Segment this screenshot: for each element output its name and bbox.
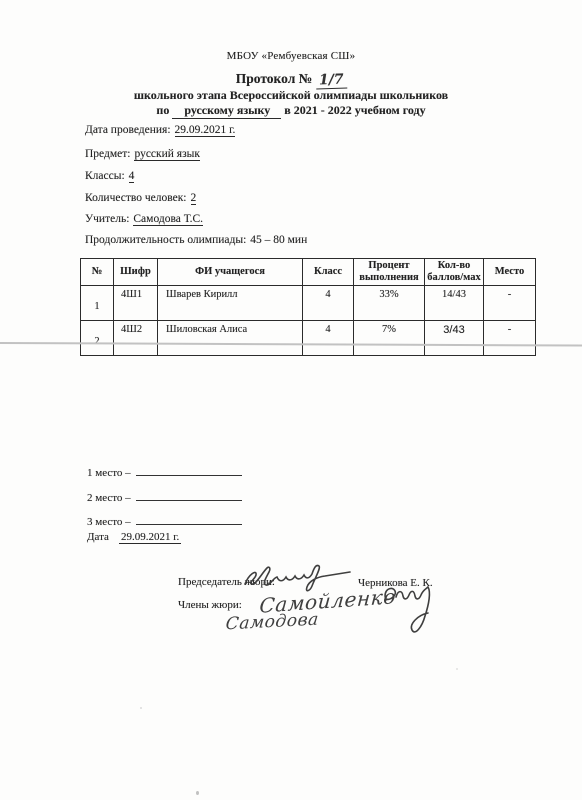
- protocol-title: Протокол № 1/7: [0, 71, 582, 89]
- protocol-title-prefix: Протокол №: [236, 71, 312, 86]
- row2-number: 2: [81, 321, 114, 356]
- member-signature-samodova: Самодова: [225, 610, 320, 635]
- place-line-3: 3 место –: [87, 513, 242, 528]
- row2-student-name: Шиловская Алиса: [158, 321, 303, 356]
- field-duration-label: Продолжительность олимпиады:: [85, 234, 246, 246]
- row1-student-name: Шварев Кирилл: [158, 286, 303, 321]
- table-row: 2 4Ш2 Шиловская Алиса 4 7% 3/43 -: [81, 321, 536, 356]
- field-teacher-value: Самодова Т.С.: [133, 213, 203, 226]
- row2-place: -: [484, 321, 536, 356]
- field-duration-value: 45 – 80 мин: [250, 234, 307, 246]
- results-header-row: № Шифр ФИ учащегося Класс Процент выполн…: [81, 259, 536, 286]
- place-line-1: 1 место –: [87, 464, 242, 479]
- field-subject: Предмет:русский язык: [85, 148, 200, 160]
- col-header-score: Кол-во баллов/мах: [425, 259, 484, 286]
- place-1-blank-line: [136, 464, 242, 476]
- row1-score: 14/43: [425, 286, 484, 321]
- field-date-label: Дата проведения:: [85, 124, 171, 136]
- row2-code: 4Ш2: [114, 321, 158, 356]
- field-date: Дата проведения:29.09.2021 г.: [85, 124, 235, 136]
- col-header-percent: Процент выполнения: [354, 259, 425, 286]
- place-2-blank-line: [136, 489, 242, 501]
- col-header-student-name: ФИ учащегося: [158, 259, 303, 286]
- field-duration: Продолжительность олимпиады:45 – 80 мин: [85, 234, 307, 246]
- subject-name-underlined: русскому языку: [172, 103, 281, 119]
- subtitle2-prefix: по: [156, 103, 169, 117]
- field-participant-count-label: Количество человек:: [85, 192, 187, 204]
- row2-grade: 4: [303, 321, 354, 356]
- scanned-protocol-page: МБОУ «Рембуевская СШ» Протокол № 1/7 шко…: [0, 0, 582, 800]
- place-3-blank-line: [136, 513, 242, 525]
- bottom-date-value: 29.09.2021 г.: [119, 531, 181, 544]
- subtitle2-suffix: в 2021 - 2022 учебном году: [284, 103, 425, 117]
- protocol-subtitle-2: по русскому языку в 2021 - 2022 учебном …: [0, 103, 582, 118]
- scan-speck: [456, 668, 458, 670]
- row2-percent: 7%: [354, 321, 425, 356]
- bottom-date-line: Дата29.09.2021 г.: [87, 531, 181, 543]
- field-classes: Классы:4: [85, 170, 134, 182]
- place-3-label: 3 место –: [87, 516, 131, 528]
- member-signature-flourish: [380, 584, 442, 644]
- field-participant-count-value: 2: [191, 192, 197, 205]
- scan-speck: [140, 707, 142, 709]
- scan-speck: [196, 791, 199, 795]
- school-name: МБОУ «Рембуевская СШ»: [0, 50, 582, 62]
- row1-grade: 4: [303, 286, 354, 321]
- col-header-grade: Класс: [303, 259, 354, 286]
- row1-percent: 33%: [354, 286, 425, 321]
- row1-number: 1: [81, 286, 114, 321]
- jury-members-label: Члены жюри:: [178, 599, 242, 611]
- protocol-subtitle-1: школьного этапа Всероссийской олимпиады …: [0, 88, 582, 103]
- field-date-value: 29.09.2021 г.: [175, 124, 236, 137]
- protocol-number-handwritten: 1/7: [315, 71, 346, 89]
- field-classes-value: 4: [129, 170, 135, 183]
- col-header-code: Шифр: [114, 259, 158, 286]
- col-header-number: №: [81, 259, 114, 286]
- row1-place: -: [484, 286, 536, 321]
- results-table: № Шифр ФИ учащегося Класс Процент выполн…: [80, 258, 536, 356]
- table-row: 1 4Ш1 Шварев Кирилл 4 33% 14/43 -: [81, 286, 536, 321]
- row2-score: 3/43: [425, 321, 484, 356]
- col-header-place: Место: [484, 259, 536, 286]
- place-2-label: 2 место –: [87, 492, 131, 504]
- field-participant-count: Количество человек:2: [85, 192, 196, 204]
- field-subject-label: Предмет:: [85, 148, 130, 160]
- bottom-date-label: Дата: [87, 531, 109, 543]
- field-subject-value: русский язык: [134, 148, 199, 161]
- place-1-label: 1 место –: [87, 467, 131, 479]
- field-teacher-label: Учитель:: [85, 213, 129, 225]
- field-teacher: Учитель:Самодова Т.С.: [85, 213, 203, 225]
- field-classes-label: Классы:: [85, 170, 125, 182]
- row1-code: 4Ш1: [114, 286, 158, 321]
- place-line-2: 2 место –: [87, 489, 242, 504]
